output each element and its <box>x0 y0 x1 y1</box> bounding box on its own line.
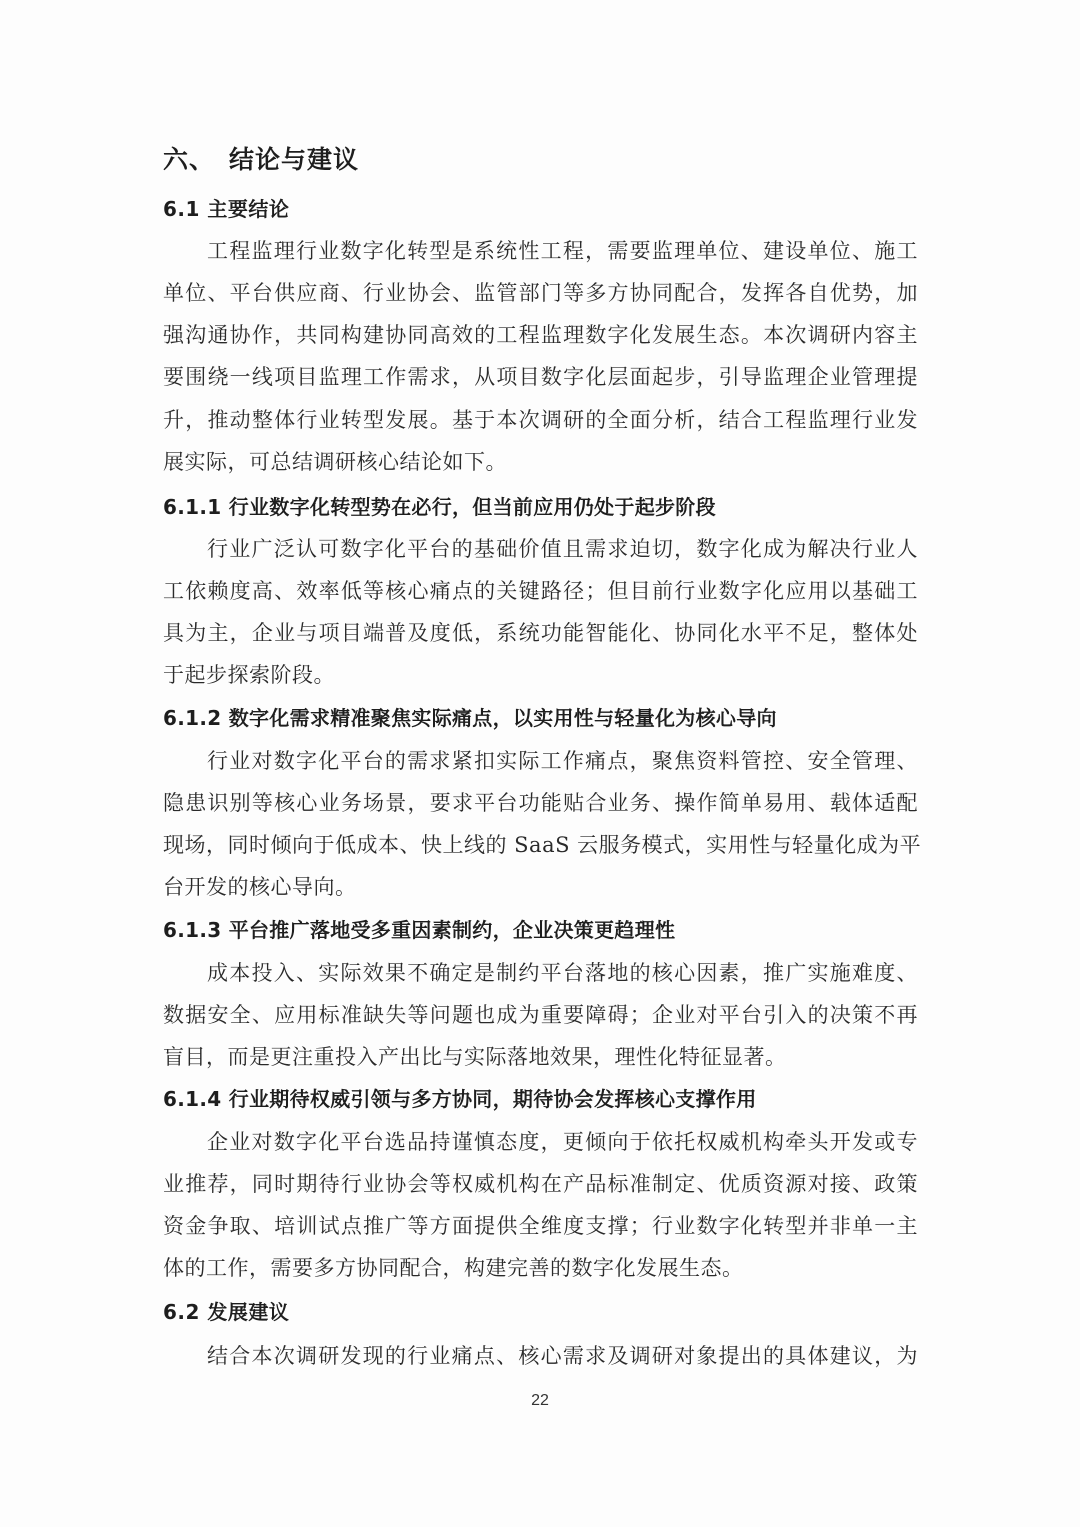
section-heading-6-1-2: 6.1.2 数字化需求精准聚焦实际痛点，以实用性与轻量化为核心导向 <box>163 703 918 733</box>
paragraph-line: 结合本次调研发现的行业痛点、核心需求及调研对象提出的具体建议，为 <box>163 1341 918 1371</box>
chapter-title-text: 结论与建议 <box>229 145 359 174</box>
document-page: 六、结论与建议 6.1 主要结论 工程监理行业数字化转型是系统性工程，需要监理单… <box>0 0 1080 1527</box>
paragraph-line: 单位、平台供应商、行业协会、监管部门等多方协同配合，发挥各自优势，加 <box>163 278 918 308</box>
section-heading-6-1-4: 6.1.4 行业期待权威引领与多方协同，期待协会发挥核心支撑作用 <box>163 1084 918 1114</box>
paragraph-line: 升，推动整体行业转型发展。基于本次调研的全面分析，结合工程监理行业发 <box>163 405 918 435</box>
paragraph-line: 要围绕一线项目监理工作需求，从项目数字化层面起步，引导监理企业管理提 <box>163 362 918 392</box>
paragraph-line: 隐患识别等核心业务场景，要求平台功能贴合业务、操作简单易用、载体适配 <box>163 788 918 818</box>
paragraph-line: 工依赖度高、效率低等核心痛点的关键路径；但目前行业数字化应用以基础工 <box>163 576 918 606</box>
paragraph-line: 具为主，企业与项目端普及度低，系统功能智能化、协同化水平不足，整体处 <box>163 618 918 648</box>
paragraph-line: 行业广泛认可数字化平台的基础价值且需求迫切，数字化成为解决行业人 <box>163 534 918 564</box>
page-number: 22 <box>500 1392 580 1410</box>
section-heading-6-2: 6.2 发展建议 <box>163 1297 918 1327</box>
section-heading-6-1-1: 6.1.1 行业数字化转型势在必行，但当前应用仍处于起步阶段 <box>163 492 918 522</box>
paragraph-line: 盲目，而是更注重投入产出比与实际落地效果，理性化特征显著。 <box>163 1042 918 1072</box>
chapter-number: 六、 <box>163 142 229 178</box>
paragraph-line: 业推荐，同时期待行业协会等权威机构在产品标准制定、优质资源对接、政策 <box>163 1169 918 1199</box>
paragraph-line: 强沟通协作，共同构建协同高效的工程监理数字化发展生态。本次调研内容主 <box>163 320 918 350</box>
paragraph-line: 体的工作，需要多方协同配合，构建完善的数字化发展生态。 <box>163 1253 918 1283</box>
paragraph-line: 资金争取、培训试点推广等方面提供全维度支撑；行业数字化转型并非单一主 <box>163 1211 918 1241</box>
paragraph-line: 台开发的核心导向。 <box>163 872 918 902</box>
paragraph-line: 行业对数字化平台的需求紧扣实际工作痛点，聚焦资料管控、安全管理、 <box>163 746 918 776</box>
chapter-title: 六、结论与建议 <box>163 142 918 178</box>
paragraph-line: 工程监理行业数字化转型是系统性工程，需要监理单位、建设单位、施工 <box>163 236 918 266</box>
paragraph-line: 数据安全、应用标准缺失等问题也成为重要障碍；企业对平台引入的决策不再 <box>163 1000 918 1030</box>
paragraph-line: 成本投入、实际效果不确定是制约平台落地的核心因素，推广实施难度、 <box>163 958 918 988</box>
section-heading-6-1-3: 6.1.3 平台推广落地受多重因素制约，企业决策更趋理性 <box>163 915 918 945</box>
section-heading-6-1: 6.1 主要结论 <box>163 194 918 224</box>
paragraph-line: 于起步探索阶段。 <box>163 660 918 690</box>
paragraph-line: 展实际，可总结调研核心结论如下。 <box>163 447 918 477</box>
paragraph-line: 企业对数字化平台选品持谨慎态度，更倾向于依托权威机构牵头开发或专 <box>163 1127 918 1157</box>
paragraph-line: 现场，同时倾向于低成本、快上线的 SaaS 云服务模式，实用性与轻量化成为平 <box>163 830 918 860</box>
